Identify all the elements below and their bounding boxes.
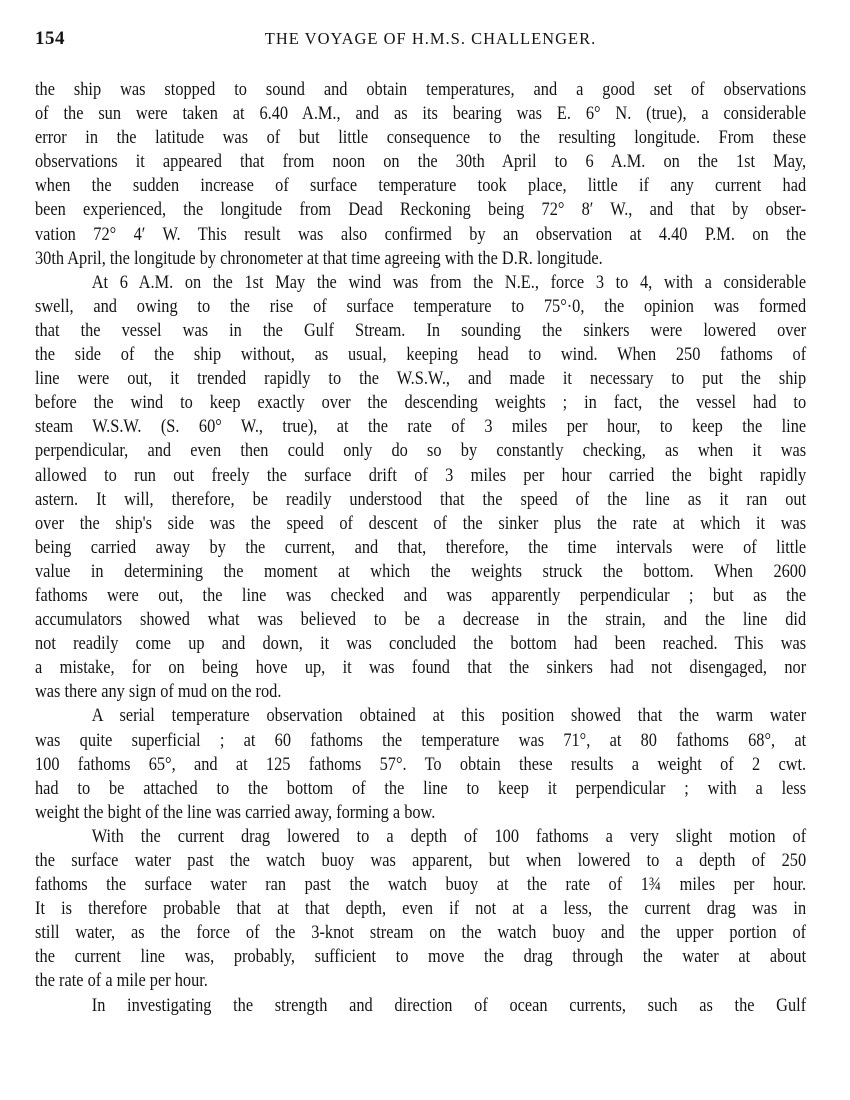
text-line: not readily come up and down, it was con…: [35, 632, 806, 656]
text-line: the surface water past the watch buoy wa…: [35, 849, 806, 873]
text-line: of the sun were taken at 6.40 A.M., and …: [35, 102, 806, 126]
text-line: steam W.S.W. (S. 60° W., true), at the r…: [35, 415, 806, 439]
paragraph-gulf-stream-sounding: At 6 A.M. on the 1st May the wind was fr…: [35, 271, 806, 705]
paragraph-serial-temperature: A serial temperature observation obtaine…: [35, 704, 806, 824]
text-line: over the ship's side was the speed of de…: [35, 512, 806, 536]
text-line: fathoms the surface water ran past the w…: [35, 873, 806, 897]
paragraph-ocean-currents: In investigating the strength and direct…: [35, 994, 806, 1018]
text-line: the current line was, probably, sufficie…: [35, 945, 806, 969]
body-text: the ship was stopped to sound and obtain…: [35, 78, 806, 1018]
text-line: was quite superficial ; at 60 fathoms th…: [35, 729, 806, 753]
text-line: error in the latitude was of but little …: [35, 126, 806, 150]
text-line: astern. It will, therefore, be readily u…: [35, 488, 806, 512]
text-line: still water, as the force of the 3-knot …: [35, 921, 806, 945]
text-line: line were out, it trended rapidly to the…: [35, 367, 806, 391]
running-title: THE VOYAGE OF H.M.S. CHALLENGER.: [35, 29, 806, 49]
text-line: accumulators showed what was believed to…: [35, 608, 806, 632]
text-line: value in determining the moment at which…: [35, 560, 806, 584]
text-line: before the wind to keep exactly over the…: [35, 391, 806, 415]
text-line: perpendicular, and even then could only …: [35, 439, 806, 463]
running-head: 154 THE VOYAGE OF H.M.S. CHALLENGER.: [35, 22, 806, 70]
text-line: It is therefore probable that at that de…: [35, 897, 806, 921]
text-line: 30th April, the longitude by chronometer…: [35, 247, 806, 271]
paragraph-continuation: the ship was stopped to sound and obtain…: [35, 78, 806, 271]
text-line: a mistake, for on being hove up, it was …: [35, 656, 806, 680]
text-line: observations it appeared that from noon …: [35, 150, 806, 174]
text-line: was there any sign of mud on the rod.: [35, 680, 806, 704]
text-line: At 6 A.M. on the 1st May the wind was fr…: [35, 271, 806, 295]
text-line: In investigating the strength and direct…: [35, 994, 806, 1018]
text-line: allowed to run out freely the surface dr…: [35, 464, 806, 488]
text-line: A serial temperature observation obtaine…: [35, 704, 806, 728]
text-line: when the sudden increase of surface temp…: [35, 174, 806, 198]
text-line: swell, and owing to the rise of surface …: [35, 295, 806, 319]
text-line: vation 72° 4′ W. This result was also co…: [35, 223, 806, 247]
text-line: the side of the ship without, as usual, …: [35, 343, 806, 367]
text-line: had to be attached to the bottom of the …: [35, 777, 806, 801]
text-line: fathoms were out, the line was checked a…: [35, 584, 806, 608]
text-line: that the vessel was in the Gulf Stream. …: [35, 319, 806, 343]
text-line: being carried away by the current, and t…: [35, 536, 806, 560]
paragraph-current-drag: With the current drag lowered to a depth…: [35, 825, 806, 994]
document-page: 154 THE VOYAGE OF H.M.S. CHALLENGER. the…: [35, 0, 806, 1018]
text-line: the rate of a mile per hour.: [35, 969, 806, 993]
text-line: been experienced, the longitude from Dea…: [35, 198, 806, 222]
text-line: With the current drag lowered to a depth…: [35, 825, 806, 849]
text-line: 100 fathoms 65°, and at 125 fathoms 57°.…: [35, 753, 806, 777]
text-line: weight the bight of the line was carried…: [35, 801, 806, 825]
text-line: the ship was stopped to sound and obtain…: [35, 78, 806, 102]
